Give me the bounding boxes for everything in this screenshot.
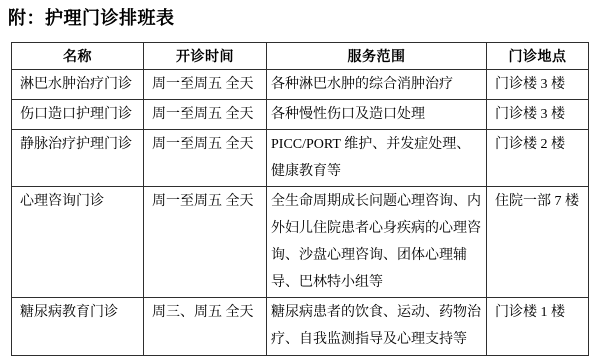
cell-location: 住院一部 7 楼 bbox=[487, 187, 589, 298]
cell-service-scope: 糖尿病患者的饮食、运动、药物治疗、自我监测指导及心理支持等 bbox=[267, 298, 487, 356]
column-header-location: 门诊地点 bbox=[487, 43, 589, 70]
cell-location: 门诊楼 1 楼 bbox=[487, 298, 589, 356]
cell-clinic-name: 淋巴水肿治疗门诊 bbox=[12, 70, 144, 100]
table-row: 心理咨询门诊 周一至周五 全天 全生命周期成长问题心理咨询、内外妇儿住院患者心身… bbox=[12, 187, 589, 298]
table-row: 糖尿病教育门诊 周三、周五 全天 糖尿病患者的饮食、运动、药物治疗、自我监测指导… bbox=[12, 298, 589, 356]
cell-clinic-name: 心理咨询门诊 bbox=[12, 187, 144, 298]
cell-open-time: 周一至周五 全天 bbox=[144, 130, 267, 187]
table-row: 淋巴水肿治疗门诊 周一至周五 全天 各种淋巴水肿的综合消肿治疗 门诊楼 3 楼 bbox=[12, 70, 589, 100]
cell-open-time: 周一至周五 全天 bbox=[144, 70, 267, 100]
page-title: 附：护理门诊排班表 bbox=[8, 7, 599, 29]
table-header-row: 名称 开诊时间 服务范围 门诊地点 bbox=[12, 43, 589, 70]
cell-service-scope: PICC/PORT 维护、并发症处理、健康教育等 bbox=[267, 130, 487, 187]
cell-location: 门诊楼 3 楼 bbox=[487, 100, 589, 130]
cell-open-time: 周三、周五 全天 bbox=[144, 298, 267, 356]
cell-open-time: 周一至周五 全天 bbox=[144, 187, 267, 298]
clinic-schedule-table: 名称 开诊时间 服务范围 门诊地点 淋巴水肿治疗门诊 周一至周五 全天 各种淋巴… bbox=[11, 42, 589, 356]
cell-location: 门诊楼 3 楼 bbox=[487, 70, 589, 100]
page: { "page_title": "附：护理门诊排班表", "colors": {… bbox=[0, 0, 599, 364]
table-row: 静脉治疗护理门诊 周一至周五 全天 PICC/PORT 维护、并发症处理、健康教… bbox=[12, 130, 589, 187]
cell-service-scope: 全生命周期成长问题心理咨询、内外妇儿住院患者心身疾病的心理咨询、沙盘心理咨询、团… bbox=[267, 187, 487, 298]
cell-location: 门诊楼 2 楼 bbox=[487, 130, 589, 187]
cell-service-scope: 各种慢性伤口及造口处理 bbox=[267, 100, 487, 130]
table-row: 伤口造口护理门诊 周一至周五 全天 各种慢性伤口及造口处理 门诊楼 3 楼 bbox=[12, 100, 589, 130]
cell-clinic-name: 静脉治疗护理门诊 bbox=[12, 130, 144, 187]
cell-open-time: 周一至周五 全天 bbox=[144, 100, 267, 130]
column-header-time: 开诊时间 bbox=[144, 43, 267, 70]
cell-clinic-name: 糖尿病教育门诊 bbox=[12, 298, 144, 356]
cell-service-scope: 各种淋巴水肿的综合消肿治疗 bbox=[267, 70, 487, 100]
column-header-name: 名称 bbox=[12, 43, 144, 70]
cell-clinic-name: 伤口造口护理门诊 bbox=[12, 100, 144, 130]
column-header-scope: 服务范围 bbox=[267, 43, 487, 70]
